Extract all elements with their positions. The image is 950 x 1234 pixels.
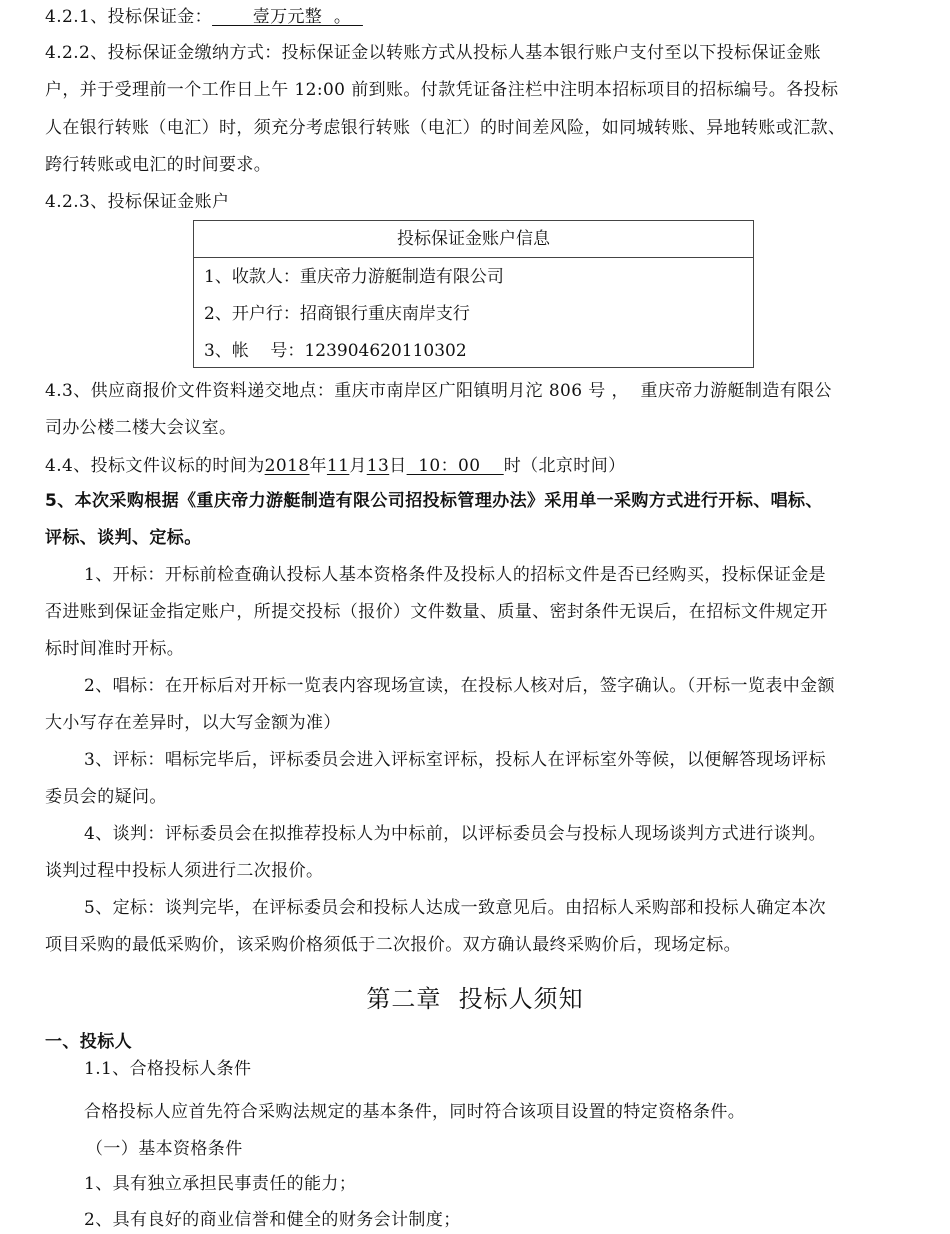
account-table-title: 投标保证金账户信息 [194,221,753,258]
payment-method-line-1: 4.2.2、投标保证金缴纳方式：投标保证金以转账方式从投标人基本银行账户支付至以… [45,42,821,64]
section-bidder-title: 一、投标人 [45,1031,132,1053]
bid-month: 11 [327,456,349,476]
evaluation-line-1: 3、评标：唱标完毕后，评标委员会进入评标室评标，投标人在评标室外等候，以便解答现… [84,749,826,771]
condition-2: 2、具有良好的商业信誉和健全的财务会计制度； [84,1209,461,1231]
qualified-bidder-intro: 合格投标人应首先符合采购法规定的基本条件，同时符合该项目设置的特定资格条件。 [84,1101,745,1123]
deposit-amount-label: 4.2.1、投标保证金： [45,7,212,27]
payment-method-line-4: 跨行转账或电汇的时间要求。 [45,154,271,176]
announcement-line-1: 2、唱标：在开标后对开标一览表内容现场宣读，在投标人核对后，签字确认。（开标一览… [84,675,835,697]
procurement-method-line-2: 评标、谈判、定标。 [45,527,202,549]
negotiation-line-1: 4、谈判：评标委员会在拟推荐投标人为中标前，以评标委员会与投标人现场谈判方式进行… [84,823,826,845]
bid-time: 10：00 [407,456,504,476]
month-unit: 月 [349,456,366,476]
bid-time-line: 4.4、投标文件议标的时间为2018年11月13日 10：00 时（北京时间） [45,455,626,477]
bid-year: 2018 [265,456,310,476]
day-unit: 日 [389,456,406,476]
payment-method-line-2: 户，并于受理前一个工作日上午 12:00 前到账。付款凭证备注栏中注明本招标项目… [45,79,838,101]
account-row-payee: 1、收款人：重庆帝力游艇制造有限公司 [204,266,504,288]
bid-time-prefix: 4.4、投标文件议标的时间为 [45,456,265,476]
deposit-amount-value: 壹万元整 。 [212,7,363,27]
opening-line-3: 标时间准时开标。 [45,638,184,660]
document-page: 4.2.1、投标保证金： 壹万元整 。 4.2.2、投标保证金缴纳方式：投标保证… [0,0,950,1234]
bid-time-suffix: 时（北京时间） [504,456,626,476]
bid-day: 13 [367,456,389,476]
submission-location-line-2: 司办公楼二楼大会议室。 [45,417,236,439]
deposit-amount-line: 4.2.1、投标保证金： 壹万元整 。 [45,6,363,28]
award-line-1: 5、定标：谈判完毕，在评标委员会和投标人达成一致意见后。由招标人采购部和投标人确… [84,897,826,919]
submission-location-line-1: 4.3、供应商报价文件资料递交地点：重庆市南岸区广阳镇明月沱 806 号 ， 重… [45,380,832,402]
opening-line-1: 1、开标：开标前检查确认投标人基本资格条件及投标人的招标文件是否已经购买，投标保… [84,564,826,586]
announcement-line-2: 大小写存在差异时，以大写金额为准） [45,712,341,734]
account-info-table: 投标保证金账户信息 1、收款人：重庆帝力游艇制造有限公司 2、开户行：招商银行重… [193,220,754,368]
award-line-2: 项目采购的最低采购价，该采购价格须低于二次报价。双方确认最终采购价后，现场定标。 [45,934,741,956]
chapter-title: 第二章 投标人须知 [0,984,950,1014]
condition-1: 1、具有独立承担民事责任的能力； [84,1173,356,1195]
opening-line-2: 否进账到保证金指定账户，所提交投标（报价）文件数量、质量、密封条件无误后，在招标… [45,601,828,623]
account-heading: 4.2.3、投标保证金账户 [45,191,229,213]
year-unit: 年 [310,456,327,476]
account-row-bank: 2、开户行：招商银行重庆南岸支行 [204,303,470,325]
account-row-number: 3、帐 号：123904620110302 [204,340,467,362]
payment-method-line-3: 人在银行转账（电汇）时，须充分考虑银行转账（电汇）的时间差风险，如同城转账、异地… [45,117,845,139]
qualified-bidder-heading: 1.1、合格投标人条件 [84,1058,251,1080]
evaluation-line-2: 委员会的疑问。 [45,786,167,808]
negotiation-line-2: 谈判过程中投标人须进行二次报价。 [45,860,323,882]
basic-conditions-title: （一）基本资格条件 [86,1138,243,1160]
procurement-method-line-1: 5、本次采购根据《重庆帝力游艇制造有限公司招投标管理办法》采用单一采购方式进行开… [45,490,823,512]
